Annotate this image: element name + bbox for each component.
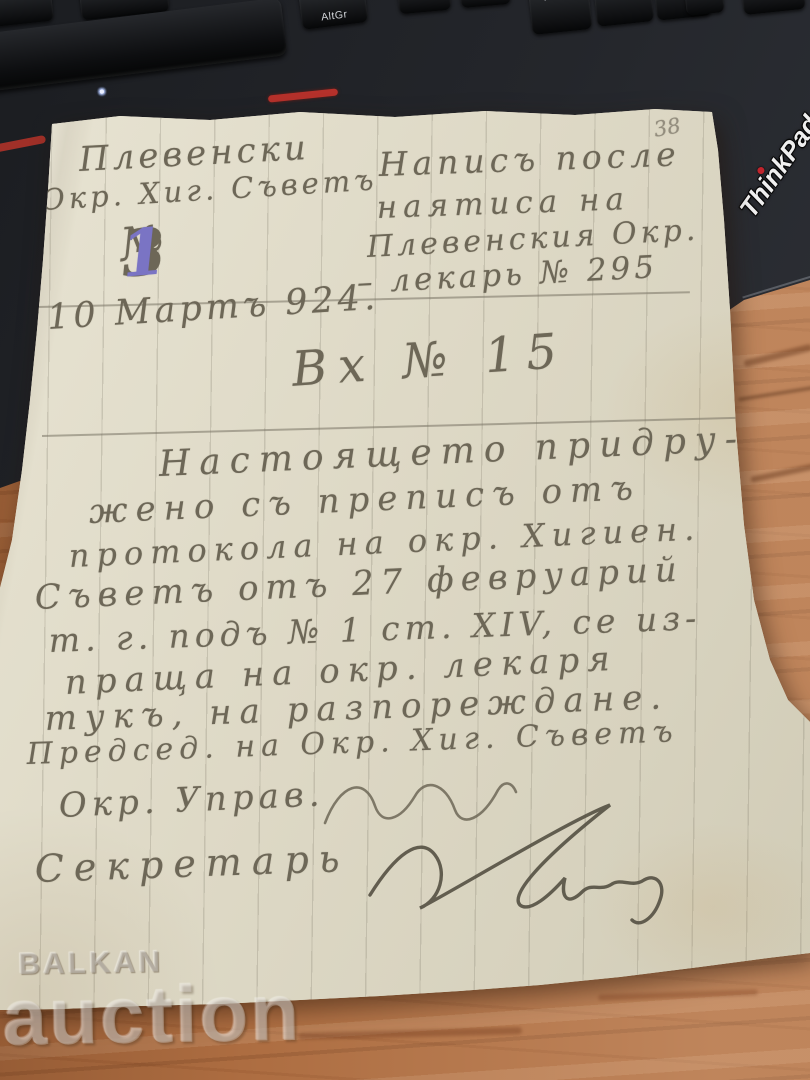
watermark-auction: auction [2,967,302,1064]
photo-scene: AltGr ◄ ▼ ThinkPad 38 Плевенски Окр. Хи [0,0,810,1080]
signature-role-line: Окр. Управ. [58,774,325,826]
date-line: 10 Мартъ 924. [46,278,380,338]
signature-role-line: Секретарь [34,836,350,891]
body-line: Настоящето придру- [158,418,747,485]
header-right-line1: Написъ после [378,134,681,184]
entry-number: Вх № 15 [290,323,570,398]
signature-scribble [360,800,710,950]
paper-wrapper: 38 Плевенски Окр. Хиг. Съветъ № 3 1 Напи… [0,0,810,1080]
document-paper: 38 Плевенски Окр. Хиг. Съветъ № 3 1 Напи… [0,0,810,1080]
number-digit-blue: 1 [118,214,169,293]
